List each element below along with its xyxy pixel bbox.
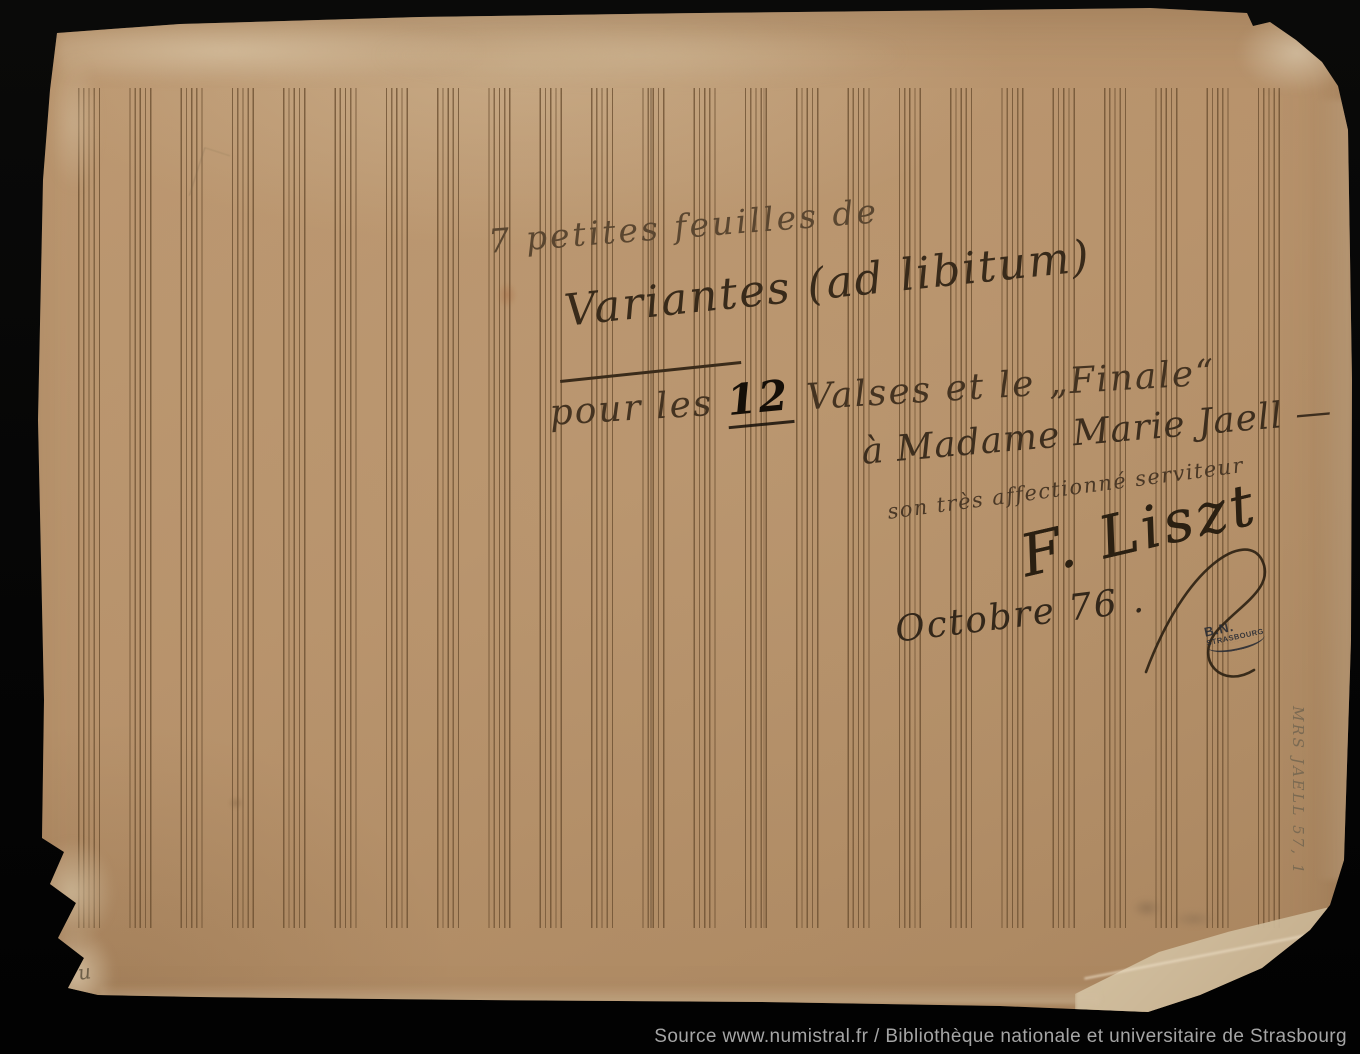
worn-band-top-middle <box>380 26 900 84</box>
worn-corner-bottom-left-lower <box>38 928 114 1020</box>
worn-edge-bottom <box>100 984 1100 1004</box>
source-caption: Source www.numistral.fr / Bibliothèque n… <box>654 1026 1347 1048</box>
inscription-number-12: 12 <box>724 370 795 429</box>
pencil-mark-bottom-left: u <box>76 959 92 985</box>
manuscript-page: 7 petites feuilles de Variantes (ad libi… <box>0 0 1360 1054</box>
worn-corner-top-right <box>1238 14 1356 92</box>
scan-background: 7 petites feuilles de Variantes (ad libi… <box>0 0 1360 1054</box>
worn-band-top-left <box>58 20 478 82</box>
inscription-line-3-prefix: pour les <box>548 382 727 434</box>
signature-flourish <box>1128 520 1278 695</box>
worn-edge-right <box>1316 100 1352 880</box>
fold-highlight-bottom-right <box>1084 926 1347 979</box>
faded-ink-smudge <box>497 282 517 308</box>
shelfmark-vertical: MRS JAELL 57, 1 <box>1289 706 1307 876</box>
